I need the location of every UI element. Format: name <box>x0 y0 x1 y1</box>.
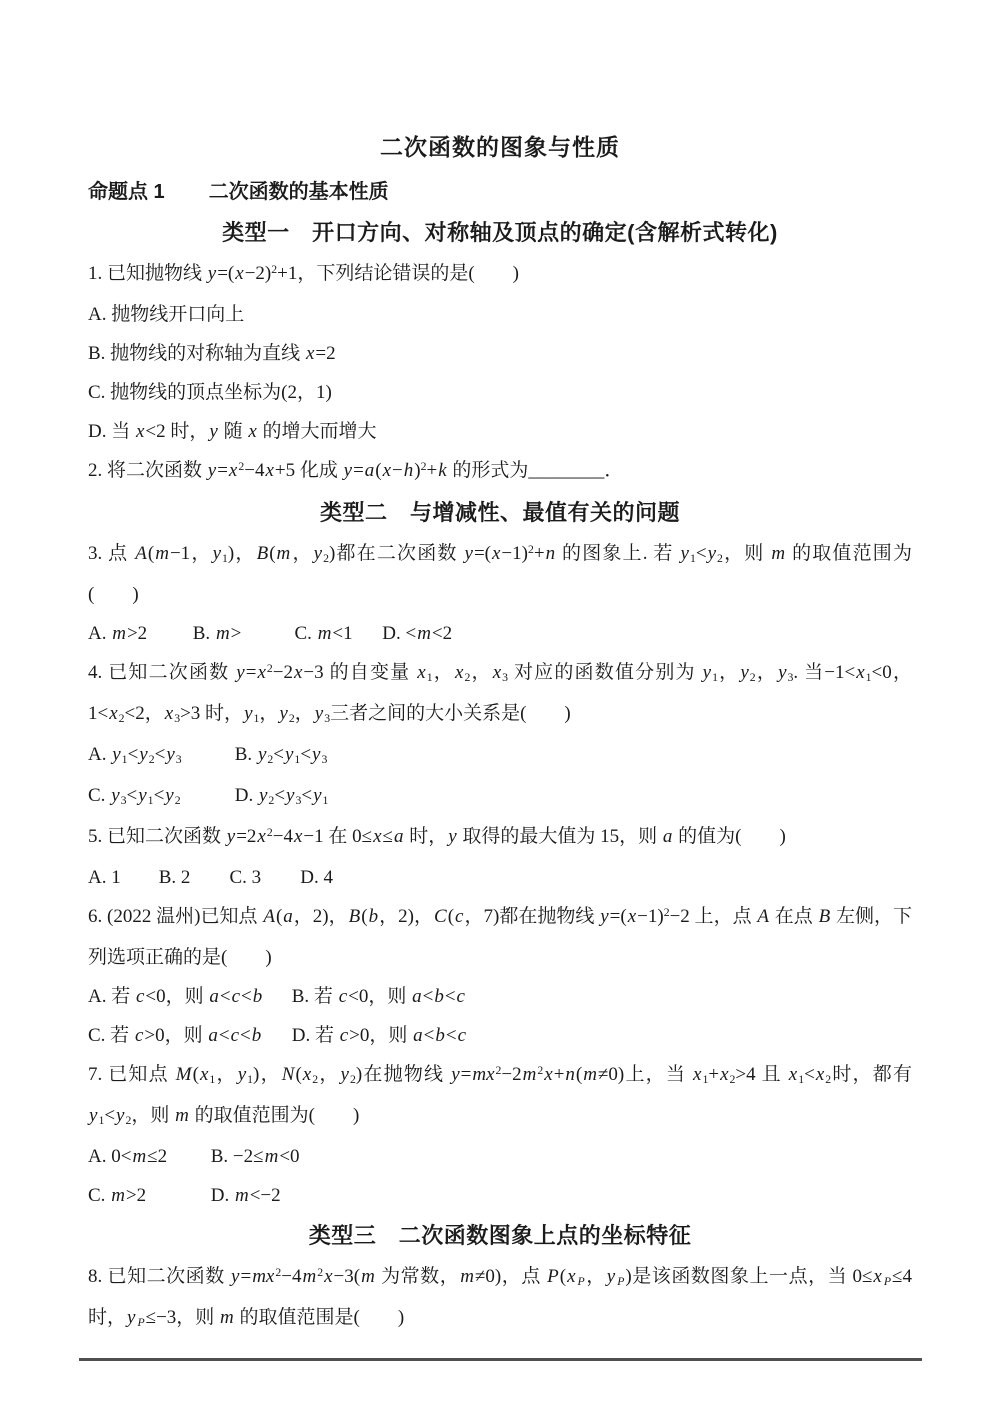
type3-heading: 类型三 二次函数图象上点的坐标特征 <box>88 1215 912 1257</box>
question-1-stem: 1. 已知抛物线 y=(x−2)2+1，下列结论错误的是( ) <box>88 254 912 295</box>
question-8-stem: 8. 已知二次函数 y=mx2−4m2x−3(m 为常数，m≠0)，点 P(xP… <box>88 1257 912 1339</box>
question-3-option-b: B. m> <box>193 614 290 653</box>
page-title: 二次函数的图象与性质 <box>88 130 912 164</box>
question-7-options-row-1: A. 0<m≤2 B. −2≤m<0 <box>88 1137 912 1176</box>
question-6-option-d: D. 若 c>0，则 a<b<c <box>292 1016 467 1055</box>
question-1-option-d: D. 当 x<2 时，y 随 x 的增大而增大 <box>88 412 912 451</box>
question-7-option-d: D. m<−2 <box>211 1176 281 1215</box>
question-6-option-a: A. 若 c<0，则 a<c<b <box>88 977 287 1016</box>
section-label: 命题点 1 <box>88 181 165 203</box>
question-6-option-c: C. 若 c>0，则 a<c<b <box>88 1016 287 1055</box>
question-4-stem: 4. 已知二次函数 y=x2−2x−3 的自变量 x1，x2，x3 对应的函数值… <box>88 653 912 735</box>
question-3-option-c: C. m<1 <box>295 614 378 653</box>
question-2-stem: 2. 将二次函数 y=x2−4x+5 化成 y=a(x−h)2+k 的形式为__… <box>88 451 912 492</box>
question-6-options-row-2: C. 若 c>0，则 a<c<b D. 若 c>0，则 a<b<c <box>88 1016 912 1055</box>
question-4-option-b: B. y2<y1<y3 <box>235 735 328 776</box>
section-title: 二次函数的基本性质 <box>209 181 389 203</box>
question-7-option-c: C. m>2 <box>88 1176 206 1215</box>
question-5-option-a: A. 1 <box>88 858 154 897</box>
question-6-option-b: B. 若 c<0，则 a<b<c <box>292 977 466 1016</box>
question-4-option-d: D. y2<y3<y1 <box>235 776 329 817</box>
question-5-option-d: D. 4 <box>300 858 366 897</box>
type2-heading: 类型二 与增减性、最值有关的问题 <box>88 492 912 534</box>
question-3-options-row: A. m>2 B. m> C. m<1 D. <m<2 <box>88 614 912 653</box>
question-5-options-row: A. 1 B. 2 C. 3 D. 4 <box>88 858 912 897</box>
question-7-option-a: A. 0<m≤2 <box>88 1137 206 1176</box>
worksheet-page: 二次函数的图象与性质 命题点 1二次函数的基本性质 类型一 开口方向、对称轴及顶… <box>0 0 1000 1414</box>
question-5-option-b: B. 2 <box>159 858 225 897</box>
question-1-option-c: C. 抛物线的顶点坐标为(2，1) <box>88 373 912 412</box>
section-header: 命题点 1二次函数的基本性质 <box>88 172 912 212</box>
question-4-option-c: C. y3<y1<y2 <box>88 776 230 817</box>
question-1-option-b: B. 抛物线的对称轴为直线 x=2 <box>88 334 912 373</box>
question-3-option-a: A. m>2 <box>88 614 188 653</box>
question-7-options-row-2: C. m>2 D. m<−2 <box>88 1176 912 1215</box>
question-7-stem: 7. 已知点 M(x1，y1)，N(x2，y2)在抛物线 y=mx2−2m2x+… <box>88 1055 912 1137</box>
question-3-option-d: D. <m<2 <box>382 614 452 653</box>
question-3-stem: 3. 点 A(m−1，y1)，B(m，y2)都在二次函数 y=(x−1)2+n … <box>88 534 912 614</box>
question-5-stem: 5. 已知二次函数 y=2x2−4x−1 在 0≤x≤a 时，y 取得的最大值为… <box>88 817 912 858</box>
bottom-divider <box>79 1358 922 1361</box>
question-6-stem: 6. (2022 温州)已知点 A(a，2)，B(b，2)，C(c，7)都在抛物… <box>88 897 912 977</box>
type1-heading: 类型一 开口方向、对称轴及顶点的确定(含解析式转化) <box>88 212 912 254</box>
question-4-options-row-1: A. y1<y2<y3 B. y2<y1<y3 <box>88 735 912 776</box>
question-4-option-a: A. y1<y2<y3 <box>88 735 230 776</box>
question-5-option-c: C. 3 <box>230 858 296 897</box>
question-6-options-row-1: A. 若 c<0，则 a<c<b B. 若 c<0，则 a<b<c <box>88 977 912 1016</box>
question-1-option-a: A. 抛物线开口向上 <box>88 295 912 334</box>
question-7-option-b: B. −2≤m<0 <box>211 1137 300 1176</box>
question-4-options-row-2: C. y3<y1<y2 D. y2<y3<y1 <box>88 776 912 817</box>
